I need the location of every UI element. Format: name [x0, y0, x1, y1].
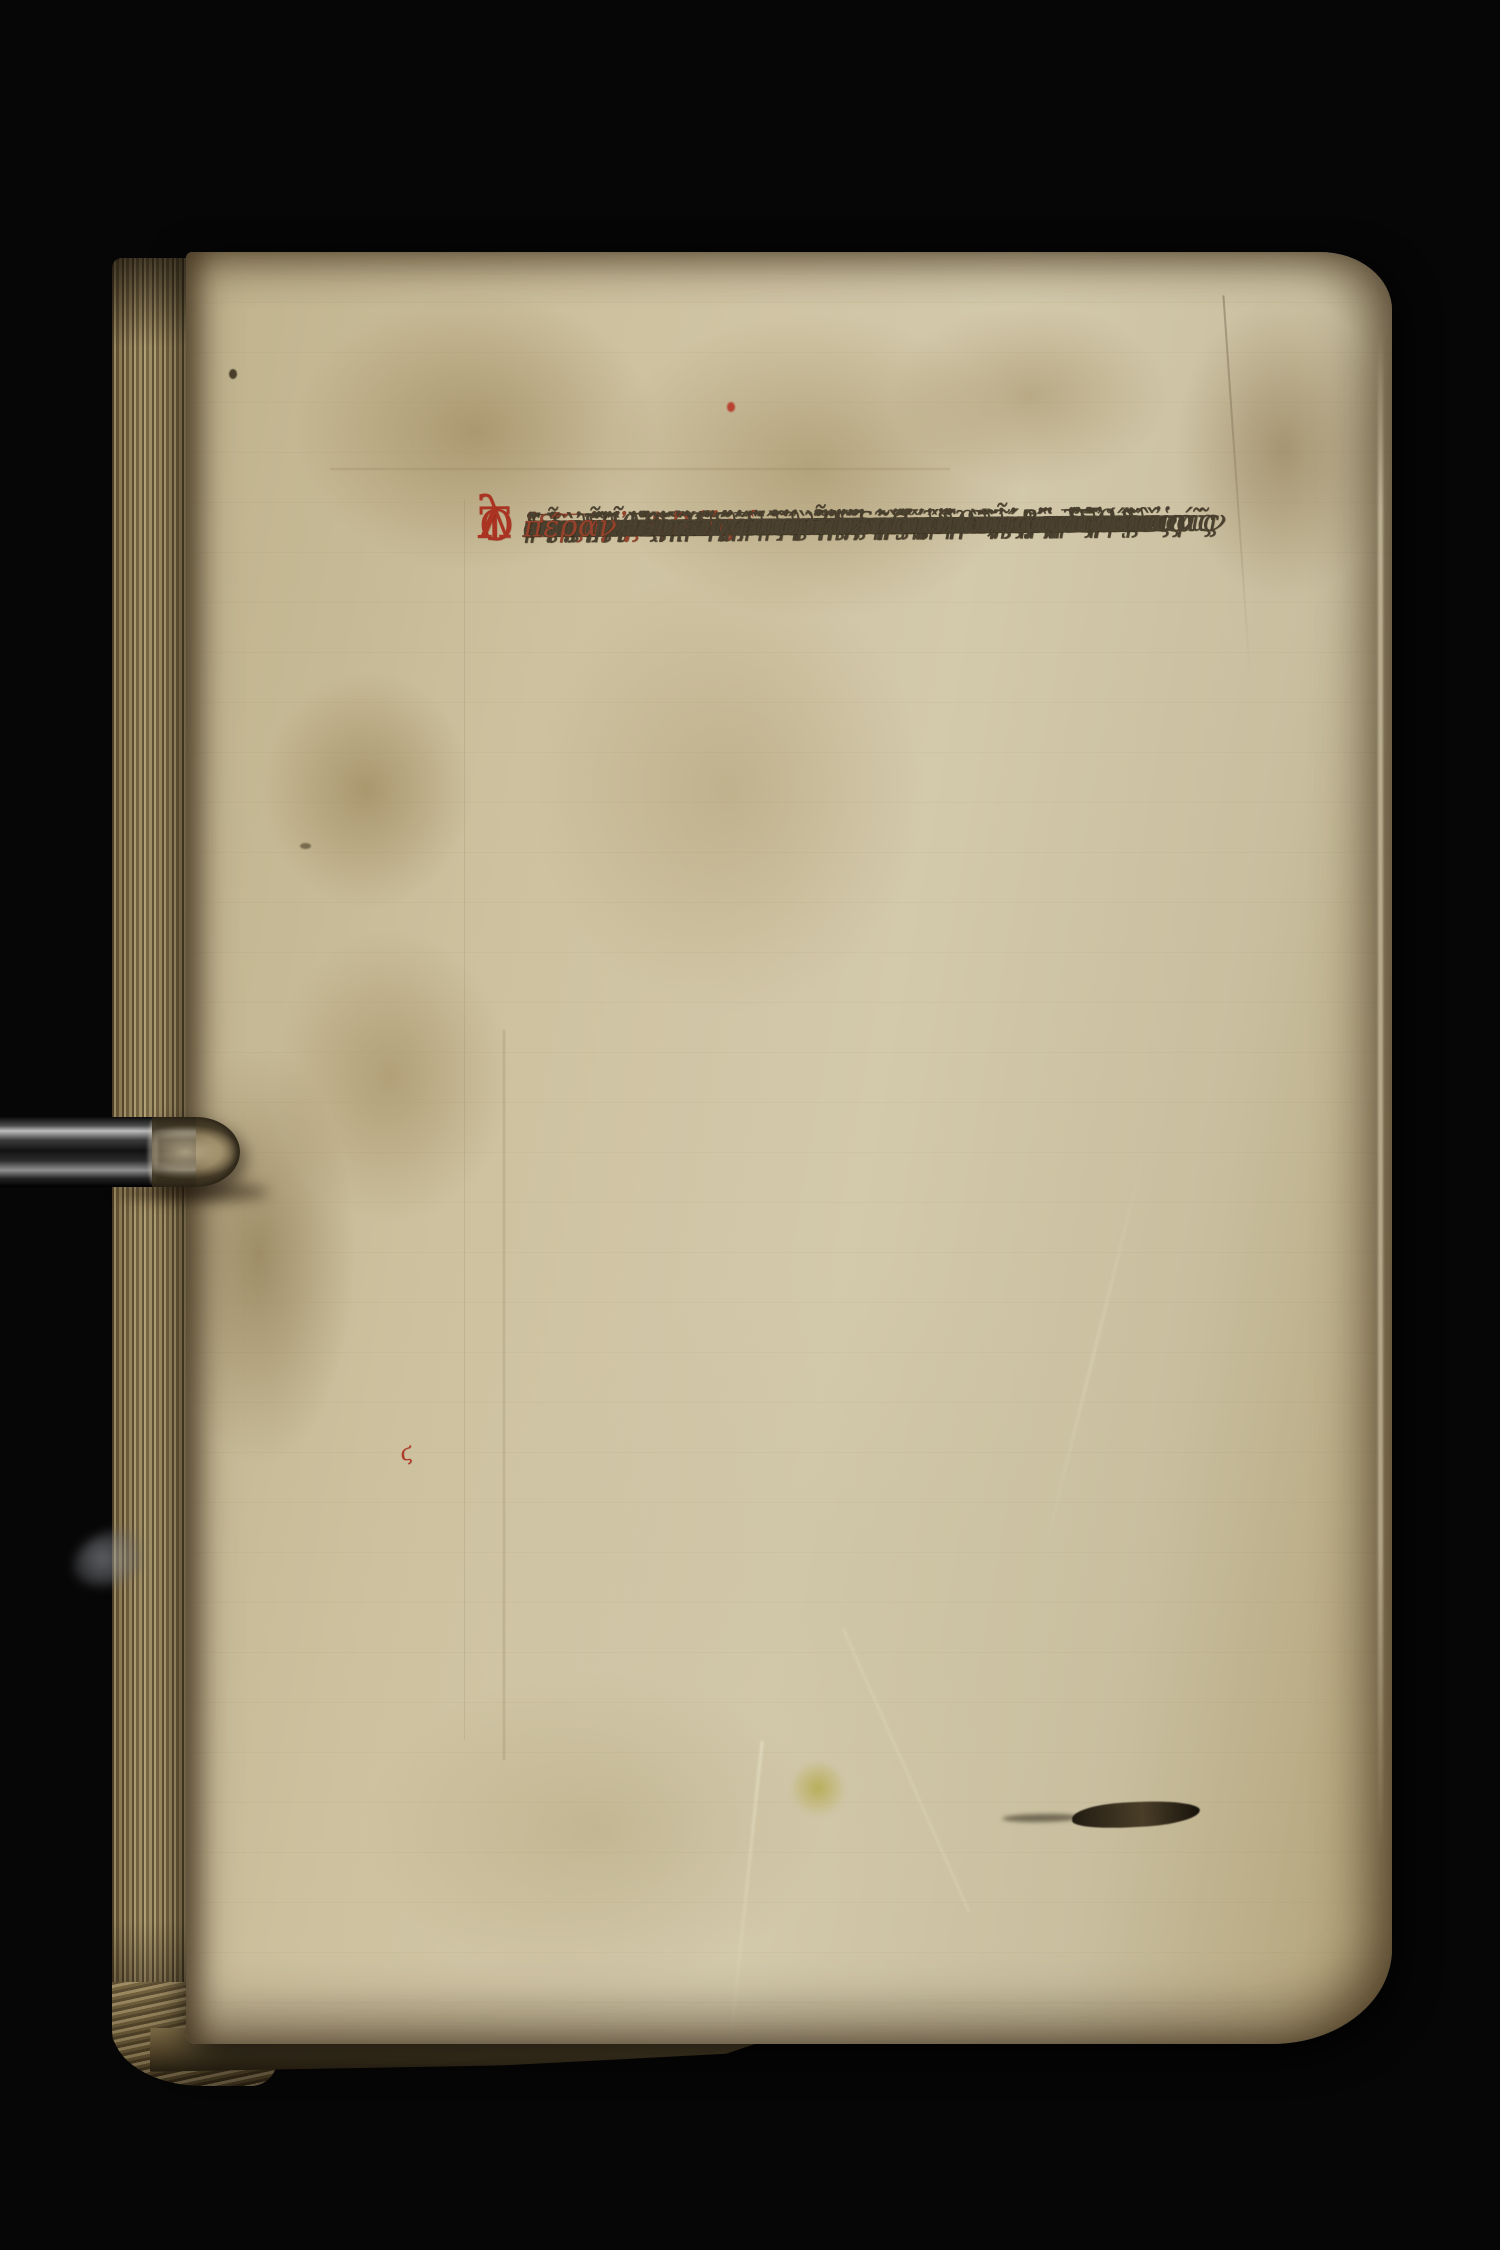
rubric-initial: λ — [475, 495, 517, 541]
ruling-line — [464, 500, 465, 1740]
glass-rod-tip — [152, 1117, 240, 1187]
parchment-crease — [330, 468, 950, 470]
red-ink-speck — [727, 402, 735, 412]
ink-speck — [229, 369, 237, 379]
yellow-stain — [792, 1762, 844, 1820]
page-right-edge — [1378, 330, 1383, 1850]
ink-speck — [300, 843, 311, 849]
ruling-line — [503, 1030, 505, 1760]
line-text-red: πέραν — [523, 502, 617, 553]
photo-of-manuscript: ϛ ὁ δοῦλος ἐκεῖνος εὗρεν ἕνα τῶν συνδούλ… — [0, 0, 1500, 2250]
